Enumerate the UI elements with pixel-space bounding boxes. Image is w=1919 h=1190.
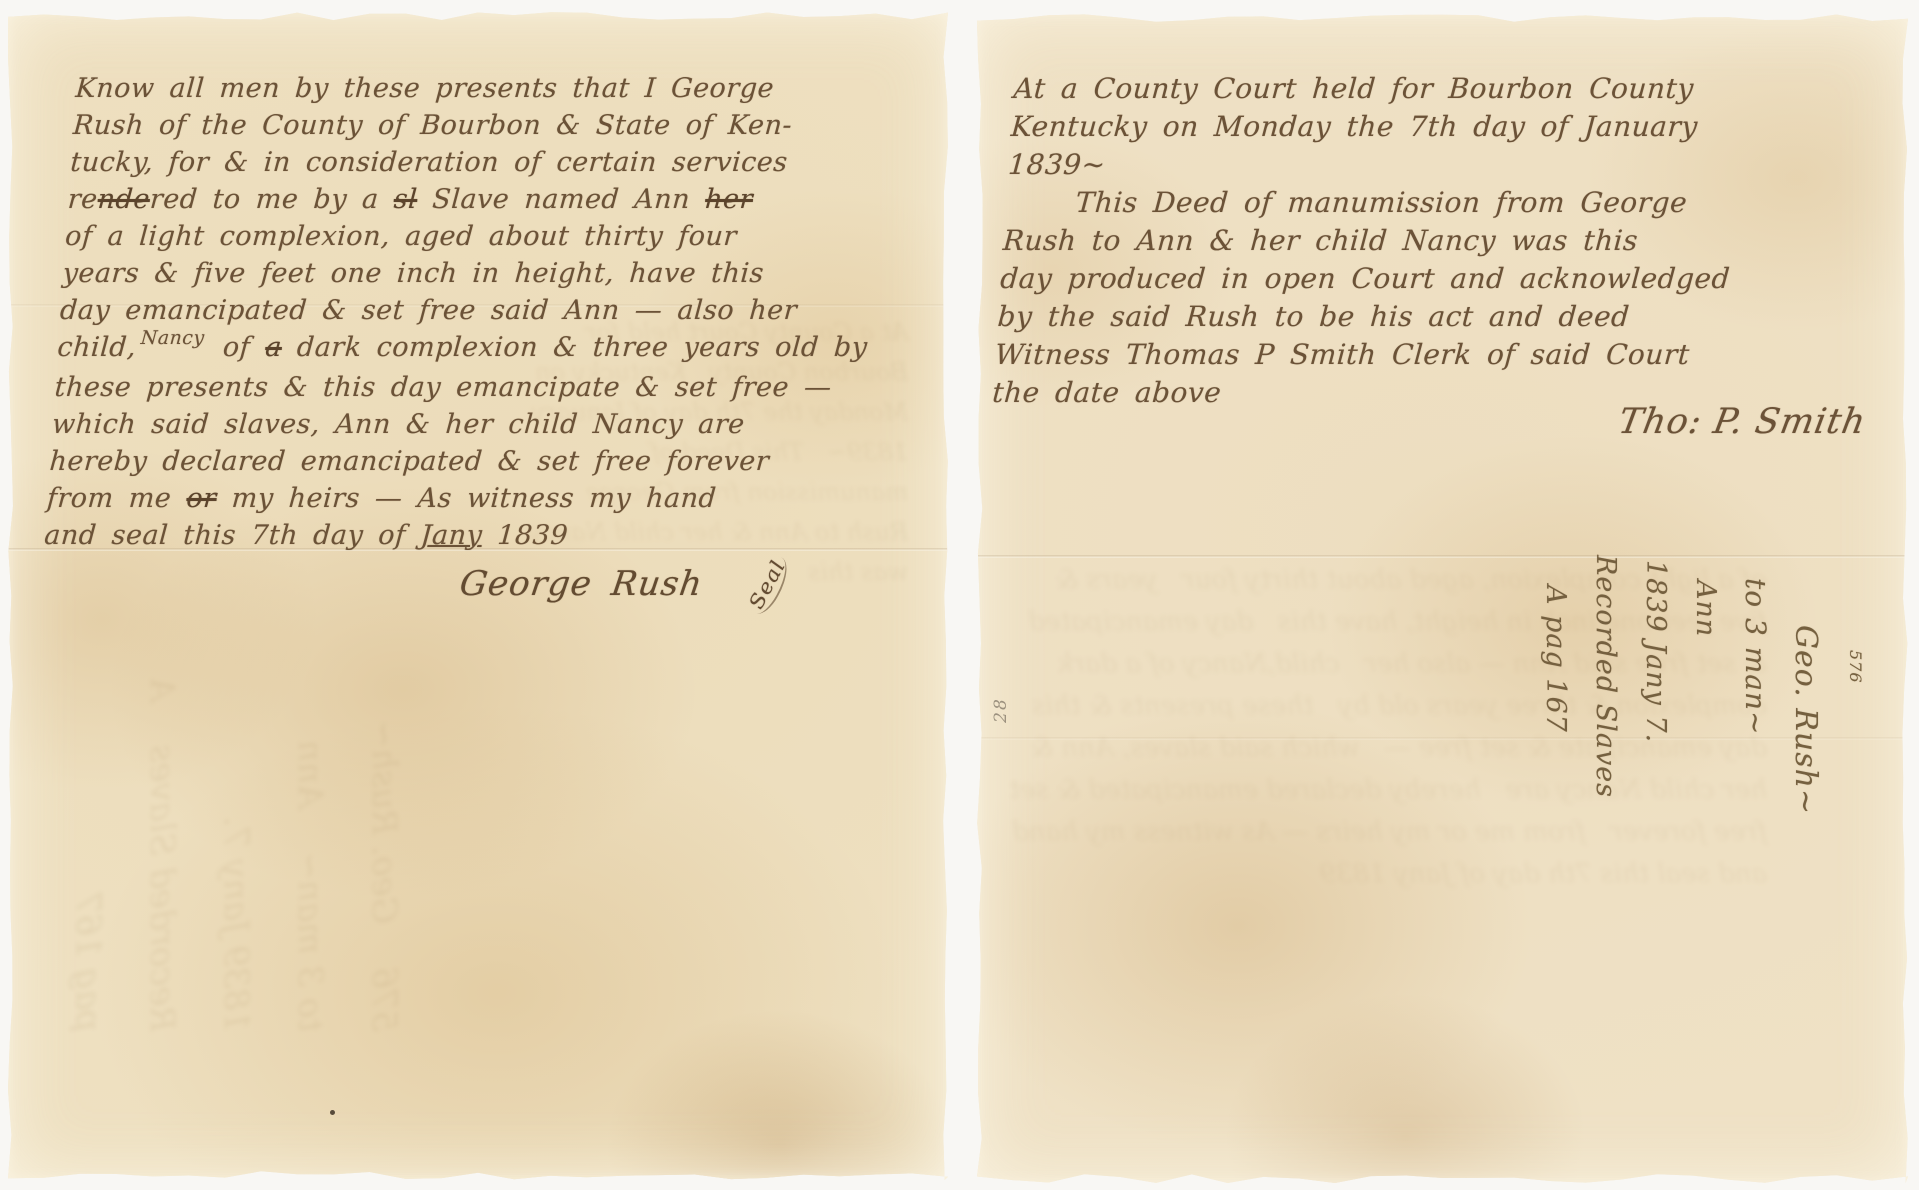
photograph-of-manuscript: Know all men by these presents that I Ge… <box>0 0 1919 1190</box>
signature-george-rush: George Rush Seal <box>457 564 797 604</box>
manuscript-line: Kentucky on Monday the 7th day of Januar… <box>1010 108 1893 146</box>
manuscript-line: hereby declared emancipated & set free f… <box>48 443 911 480</box>
manuscript-line: rendered to me by a sl Slave named Ann h… <box>67 181 930 218</box>
manuscript-line: which said slaves, Ann & her child Nancy… <box>51 406 914 443</box>
pencil-page-number: 28 <box>991 697 1011 723</box>
deed-text-block: Know all men by these presents that I Ge… <box>43 70 937 554</box>
docket-line: 576 <box>1830 650 1880 905</box>
manuscript-page-left: Know all men by these presents that I Ge… <box>8 12 948 1180</box>
manuscript-line: these presents & this day emancipate & s… <box>53 369 916 406</box>
manuscript-line: of a light complexion, aged about thirty… <box>64 218 927 255</box>
court-text-block: At a County Court held for Bourbon Count… <box>991 70 1895 412</box>
docket-line: Geo. Rush~ <box>1780 625 1830 905</box>
manuscript-page-right: of a light complexion, aged about thirty… <box>977 14 1908 1183</box>
docket-line: A pag 167 <box>1530 585 1580 905</box>
manuscript-line: Witness Thomas P Smith Clerk of said Cou… <box>994 336 1877 374</box>
manuscript-line: day produced in open Court and acknowled… <box>999 260 1882 298</box>
ink-speck <box>330 1110 335 1115</box>
manuscript-line: and seal this 7th day of Jany 1839 <box>43 517 906 554</box>
docket-line: 1839 Jany 7. <box>1630 560 1680 905</box>
signature-clerk: Tho: P. Smith <box>1615 402 1869 442</box>
seal-mark: Seal <box>742 553 796 617</box>
docket-line: to 3 man~ <box>1730 578 1780 905</box>
signature-name: George Rush <box>457 564 705 604</box>
manuscript-line: Know all men by these presents that I Ge… <box>74 70 937 107</box>
bleed-through-ghost: 576 Geo. Rush~ to 3 man~ Ann 1839 Jany 7… <box>0 662 421 1032</box>
docket-line: Ann <box>1680 580 1730 905</box>
manuscript-line: At a County Court held for Bourbon Count… <box>1012 70 1895 108</box>
manuscript-line: Rush to Ann & her child Nancy was this <box>1002 222 1885 260</box>
manuscript-line: tucky, for & in consideration of certain… <box>69 144 932 181</box>
manuscript-line: by the said Rush to be his act and deed <box>996 298 1879 336</box>
manuscript-line: child,Nancy of a dark complexion & three… <box>56 329 919 369</box>
manuscript-line: Rush of the County of Bourbon & State of… <box>72 107 935 144</box>
manuscript-line: This Deed of manumission from George <box>1004 184 1887 222</box>
manuscript-line: from me or my heirs — As witness my hand <box>46 480 909 517</box>
manuscript-line: 1839~ <box>1007 146 1890 184</box>
manuscript-line: years & five feet one inch in height, ha… <box>61 255 924 292</box>
docket-line: Recorded Slaves <box>1580 555 1630 905</box>
docket-endorsement: 576Geo. Rush~to 3 man~Ann1839 Jany 7.Rec… <box>1500 545 1880 905</box>
